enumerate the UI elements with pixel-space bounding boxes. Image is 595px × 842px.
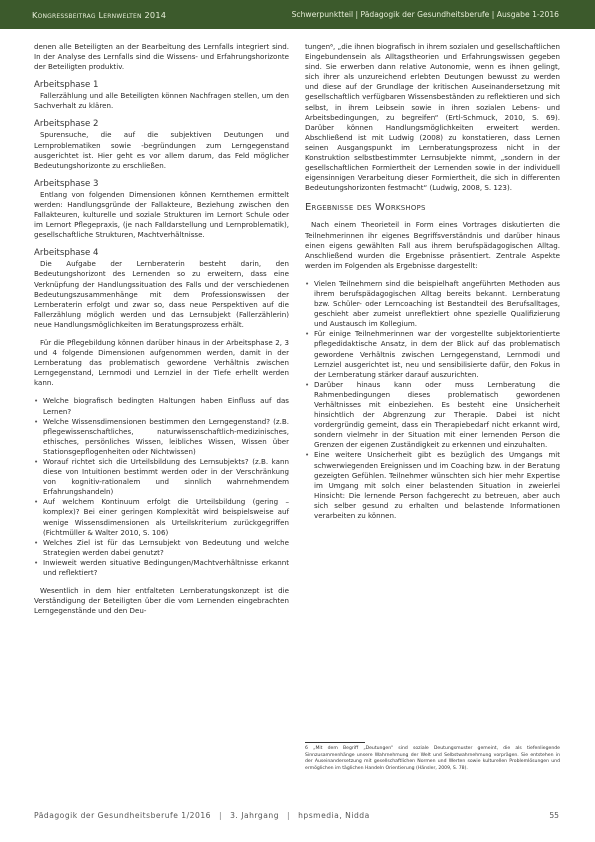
list-item: Worauf richtet sich die Urteilsbildung d…: [34, 457, 289, 497]
list-item: Auf welchem Kontinuum erfolgt die Urteil…: [34, 497, 289, 537]
header-journal-info: Schwerpunktteil | Pädagogik der Gesundhe…: [292, 10, 559, 19]
list-item: Welche Wissensdimensionen bestimmen den …: [34, 417, 289, 457]
phase-body: Die Aufgabe der Lernberaterin besteht da…: [34, 259, 289, 330]
footnote: 6 „Mit dem Begriff „Deutungen“ sind sozi…: [305, 746, 560, 772]
footer-volume: 3. Jahrgang: [230, 811, 279, 820]
list-item: Welche biografisch bedingten Haltungen h…: [34, 396, 289, 416]
phase-body: Fallerzählung und alle Beteiligten könne…: [34, 91, 289, 111]
left-column: denen alle Beteiligten an der Bearbeitun…: [34, 42, 289, 624]
phase-3: Arbeitsphase 3 Entlang von folgenden Dim…: [34, 179, 289, 240]
phase-1: Arbeitsphase 1 Fallerzählung und alle Be…: [34, 80, 289, 111]
continuation-paragraph: tungen⁶, „die ihnen biografisch in ihrem…: [305, 42, 560, 193]
question-list: Welche biografisch bedingten Haltungen h…: [34, 396, 289, 578]
right-column: tungen⁶, „die ihnen biografisch in ihrem…: [305, 42, 560, 529]
list-item: Inwieweit werden situative Bedingungen/M…: [34, 558, 289, 578]
section-intro: Nach einem Theorieteil in Form eines Vor…: [305, 220, 560, 270]
phase-title: Arbeitsphase 2: [34, 119, 289, 130]
phase-body: Spurensuche, die auf die subjektiven Deu…: [34, 130, 289, 170]
section-heading: Ergebnisse des Workshops: [305, 201, 560, 214]
list-item: Welches Ziel ist für das Lernsubjekt von…: [34, 538, 289, 558]
header-conference-title: Kongressbeitrag Lernwelten 2014: [32, 10, 166, 20]
phase-title: Arbeitsphase 1: [34, 80, 289, 91]
pflege-paragraph: Für die Pflegebildung können darüber hin…: [34, 338, 289, 388]
page-header: Kongressbeitrag Lernwelten 2014 Schwerpu…: [0, 0, 595, 29]
footnote-divider: [305, 742, 365, 743]
footer-separator: |: [219, 811, 222, 820]
list-item: Darüber hinaus kann oder muss Lernberatu…: [305, 380, 560, 451]
list-item: Für einige Teilnehmerinnen war der vorge…: [305, 329, 560, 379]
footer-separator: |: [287, 811, 290, 820]
list-item: Vielen Teilnehmern sind die beispielhaft…: [305, 279, 560, 329]
page-number: 55: [549, 811, 559, 820]
phase-title: Arbeitsphase 4: [34, 248, 289, 259]
page-footer: Pädagogik der Gesundheitsberufe 1/2016|3…: [34, 811, 564, 820]
footer-journal: Pädagogik der Gesundheitsberufe 1/2016: [34, 811, 211, 820]
phase-2: Arbeitsphase 2 Spurensuche, die auf die …: [34, 119, 289, 170]
list-item: Eine weitere Unsicherheit gibt es bezügl…: [305, 450, 560, 521]
intro-paragraph: denen alle Beteiligten an der Bearbeitun…: [34, 42, 289, 72]
phase-title: Arbeitsphase 3: [34, 179, 289, 190]
footer-publisher: hpsmedia, Nidda: [298, 811, 370, 820]
phase-body: Entlang von folgenden Dimensionen können…: [34, 190, 289, 240]
results-list: Vielen Teilnehmern sind die beispielhaft…: [305, 279, 560, 521]
phase-4: Arbeitsphase 4 Die Aufgabe der Lernberat…: [34, 248, 289, 330]
closing-paragraph: Wesentlich in dem hier entfalteten Lernb…: [34, 586, 289, 616]
